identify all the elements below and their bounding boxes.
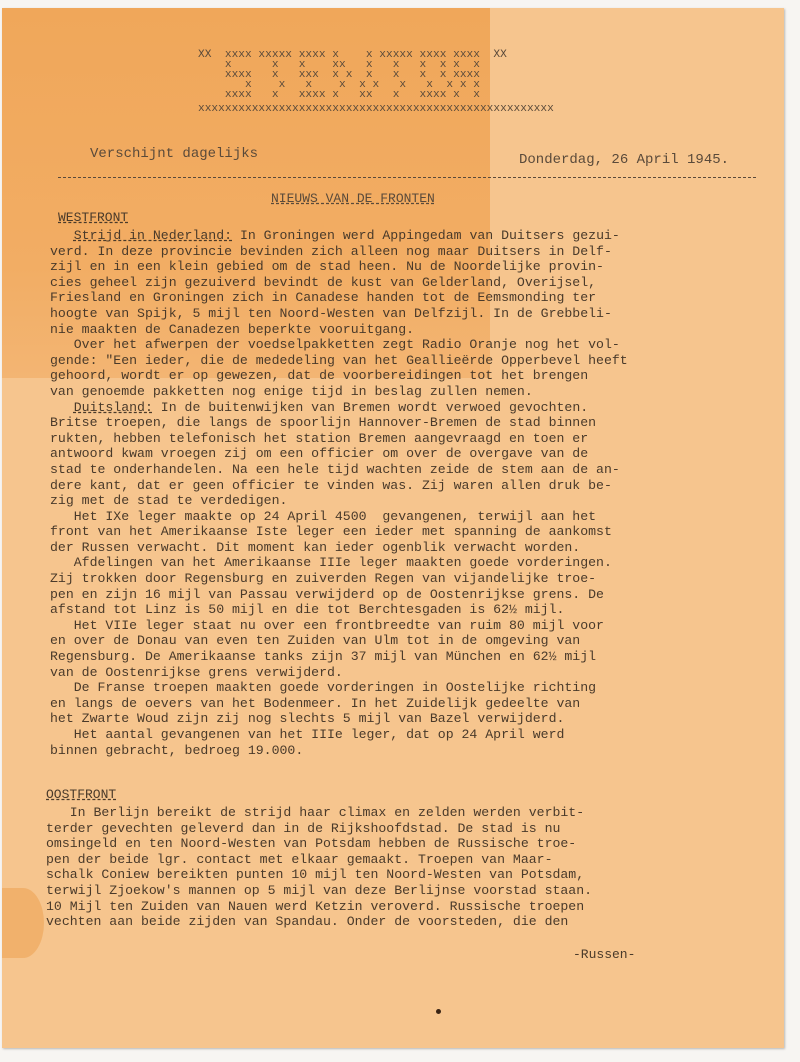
text-line: pen en zijn 16 mijl van Passau verwijder… (50, 587, 628, 603)
text-line: pen der beide lgr. contact met elkaar ge… (46, 852, 592, 868)
text-line: terder gevechten geleverd dan in de Rijk… (46, 821, 592, 837)
westfront-body: Strijd in Nederland: In Groningen werd A… (50, 228, 628, 758)
text-line: gehoord, wordt er op gewezen, dat de voo… (50, 368, 628, 384)
masthead-underline: xxxxxxxxxxxxxxxxxxxxxxxxxxxxxxxxxxxxxxxx… (198, 104, 554, 114)
paper-stain (2, 888, 44, 958)
masthead-stentor: XX xxxx xxxxx xxxx x x xxxxx xxxx xxxx X… (198, 50, 554, 114)
text-line: afstand tot Linz is 50 mijl en die tot B… (50, 602, 628, 618)
text-line: het Zwarte Woud zijn zij nog slechts 5 m… (50, 711, 628, 727)
text-line: Zij trokken door Regensburg en zuiverden… (50, 571, 628, 587)
text-line: Over het afwerpen der voedselpakketten z… (50, 337, 628, 353)
text-line: binnen gebracht, bedroeg 19.000. (50, 743, 628, 759)
text-line: cies geheel zijn gezuiverd bevindt de ku… (50, 275, 628, 291)
oostfront-body: In Berlijn bereikt de strijd haar climax… (46, 805, 592, 930)
paragraph-first-line: Strijd in Nederland: In Groningen werd A… (50, 228, 628, 244)
ink-dot (436, 1009, 441, 1014)
section-title: NIEUWS VAN DE FRONTEN (271, 191, 435, 206)
publication-frequency: Verschijnt dagelijks (90, 146, 258, 162)
text-line: De Franse troepen maakten goede vorderin… (50, 680, 628, 696)
text-line: vechten aan beide zijden van Spandau. On… (46, 914, 592, 930)
text-line: van de Oostenrijkse grens verwijderd. (50, 665, 628, 681)
text-line: In Berlijn bereikt de strijd haar climax… (46, 805, 592, 821)
text-line: 10 Mijl ten Zuiden van Nauen werd Ketzin… (46, 899, 592, 915)
masthead-line: xxxx x xxxx x xx x xxxx x x (198, 90, 554, 100)
text-line: Friesland en Groningen zich in Canadese … (50, 290, 628, 306)
text-line: front van het Amerikaanse Iste leger een… (50, 524, 628, 540)
heading-westfront: WESTFRONT (58, 210, 128, 225)
text-line: zijl en in een klein gebied om de stad h… (50, 259, 628, 275)
paragraph-first-line: Duitsland: In de buitenwijken van Bremen… (50, 400, 628, 416)
text-line: Afdelingen van het Amerikaanse IIIe lege… (50, 555, 628, 571)
issue-date: Donderdag, 26 April 1945. (519, 152, 729, 168)
text-line: en over de Donau van even ten Zuiden van… (50, 633, 628, 649)
text-line: verd. In deze provincie bevinden zich al… (50, 244, 628, 260)
heading-oostfront: OOSTFRONT (46, 787, 116, 802)
subheading-duitsland: Duitsland: (74, 400, 153, 415)
text-line: hoogte van Spijk, 5 mijl ten Noord-Weste… (50, 306, 628, 322)
text-line: Britse troepen, die langs de spoorlijn H… (50, 415, 628, 431)
text-line: van genoemde pakketten nog enige tijd in… (50, 384, 628, 400)
text-line: rukten, hebben telefonisch het station B… (50, 431, 628, 447)
text-line: stad te onderhandelen. Na een hele tijd … (50, 462, 628, 478)
text-line: Het VIIe leger staat nu over een frontbr… (50, 618, 628, 634)
text-line: schalk Coniew bereikten punten 10 mijl t… (46, 867, 592, 883)
continuation-marker: -Russen- (573, 947, 635, 962)
text-line: In Groningen werd Appingedam van Duitser… (232, 228, 620, 243)
text-line: Regensburg. De Amerikaanse tanks zijn 37… (50, 649, 628, 665)
subheading-nederland: Strijd in Nederland: (74, 228, 232, 243)
text-line: dere kant, dat er geen officier te vinde… (50, 478, 628, 494)
text-line: antwoord kwam vroegen zij om een officie… (50, 446, 628, 462)
text-line: nie maakten de Canadezen beperkte voorui… (50, 322, 628, 338)
text-line: Het aantal gevangenen van het IIIe leger… (50, 727, 628, 743)
text-line: In de buitenwijken van Bremen wordt verw… (153, 400, 588, 415)
text-line: en langs de oevers van het Bodenmeer. In… (50, 696, 628, 712)
text-line: zig met de stad te verdedigen. (50, 493, 628, 509)
text-line: omsingeld en ten Noord-Westen van Potsda… (46, 836, 592, 852)
text-line: terwijl Zjoekow's mannen op 5 mijl van d… (46, 883, 592, 899)
text-line: der Russen verwacht. Dit moment kan iede… (50, 540, 628, 556)
text-line: gende: "Een ieder, die de mededeling van… (50, 353, 628, 369)
text-line: Het IXe leger maakte op 24 April 4500 ge… (50, 509, 628, 525)
header-divider (58, 177, 756, 178)
